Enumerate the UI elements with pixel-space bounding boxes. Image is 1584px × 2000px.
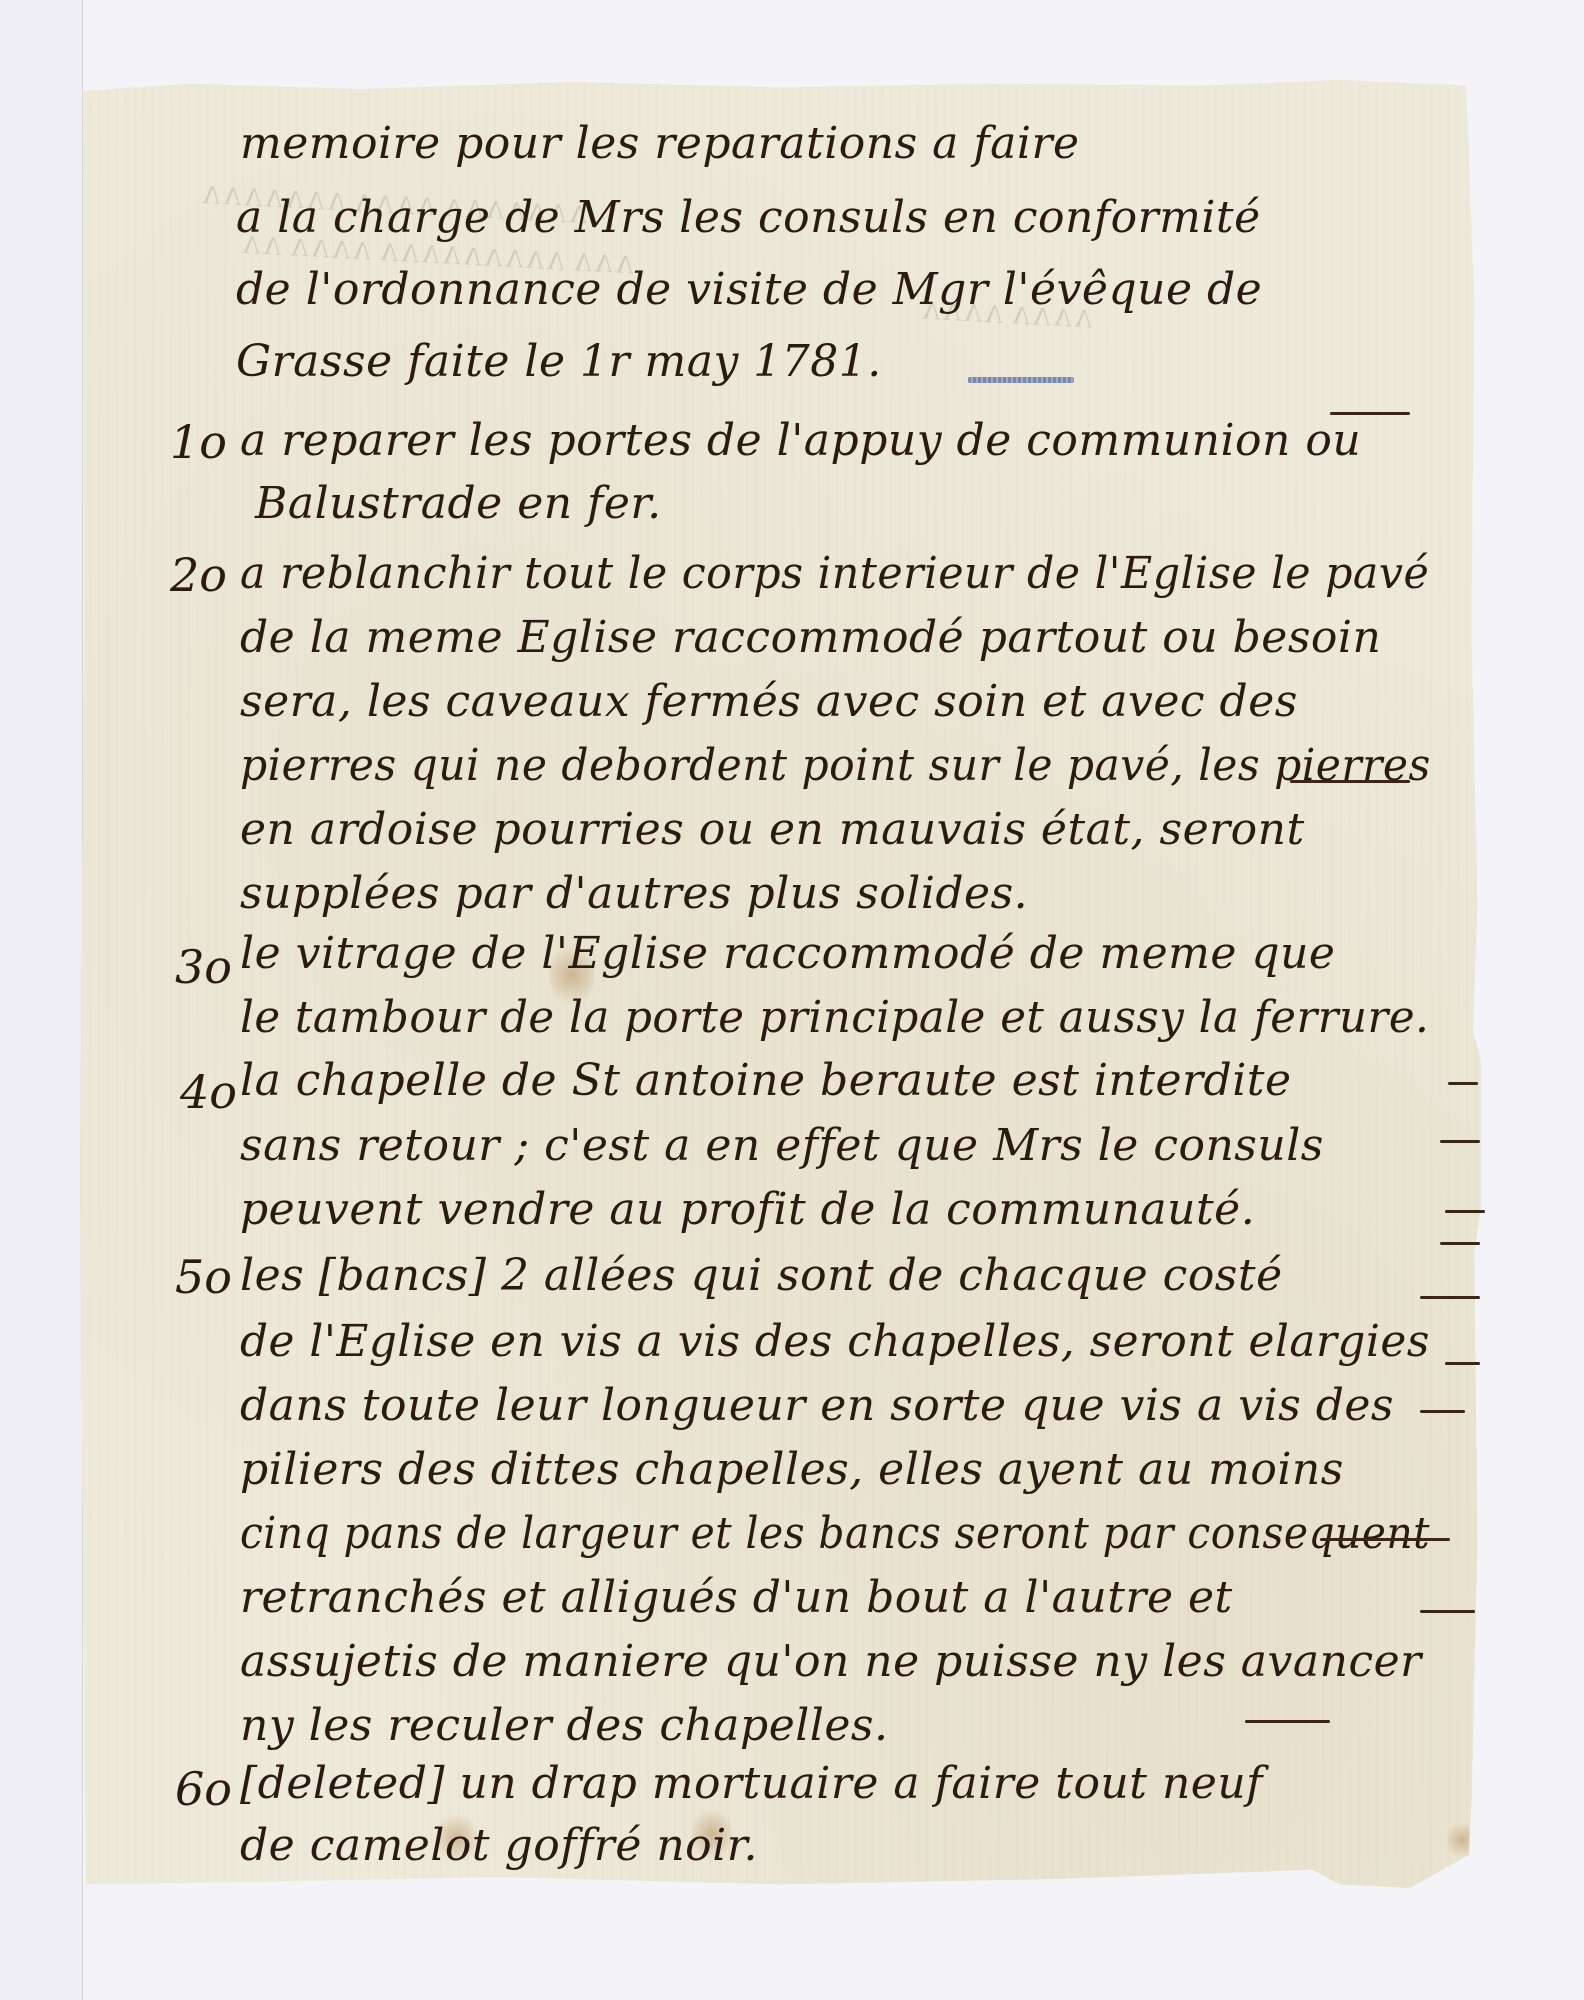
item-3-line-2: le tambour de la porte principale et aus… — [240, 992, 1429, 1043]
title-line-1: memoire pour les reparations a faire — [240, 118, 1080, 169]
line-filler-dash — [1448, 1082, 1478, 1085]
item-number-6: 6o — [175, 1762, 232, 1816]
item-number-4: 4o — [180, 1065, 237, 1119]
line-filler-dash — [1320, 1538, 1450, 1541]
item-2-line-6: supplées par d'autres plus solides. — [240, 868, 1028, 919]
line-filler-dash — [1445, 1362, 1480, 1365]
item-6-line-2: de camelot goffré noir. — [240, 1820, 758, 1871]
item-6-line-1: [deleted] un drap mortuaire a faire tout… — [240, 1758, 1263, 1809]
item-2-line-2: de la meme Eglise raccommodé partout ou … — [240, 612, 1381, 663]
item-2-line-3: sera, les caveaux fermés avec soin et av… — [240, 676, 1298, 727]
item-5-line-1: les [bancs] 2 allées qui sont de chacque… — [240, 1250, 1283, 1301]
mount-board-left — [0, 0, 83, 2000]
item-5-line-2: de l'Eglise en vis a vis des chapelles, … — [240, 1316, 1430, 1367]
title-line-3: de l'ordonnance de visite de Mgr l'évêqu… — [236, 264, 1262, 315]
line-filler-dash — [1420, 1410, 1465, 1413]
item-1-line-2: Balustrade en fer. — [255, 478, 662, 529]
item-number-1: 1o — [170, 415, 227, 469]
line-filler-dash — [1420, 1610, 1475, 1613]
item-2-line-4: pierres qui ne debordent point sur le pa… — [240, 740, 1431, 791]
item-5-line-6: retranchés et alligués d'un bout a l'aut… — [240, 1572, 1233, 1623]
item-5-line-4: piliers des dittes chapelles, elles ayen… — [240, 1444, 1344, 1495]
item-number-5: 5o — [175, 1250, 232, 1304]
item-4-line-2: sans retour ; c'est a en effet que Mrs l… — [240, 1120, 1324, 1171]
line-filler-dash — [1290, 780, 1410, 783]
item-2-line-5: en ardoise pourries ou en mauvais état, … — [240, 804, 1305, 855]
item-number-2: 2o — [170, 548, 227, 602]
line-filler-dash — [1440, 1140, 1480, 1143]
item-number-3: 3o — [175, 940, 232, 994]
title-line-2: a la charge de Mrs les consuls en confor… — [236, 192, 1261, 243]
line-filler-dash — [1245, 1720, 1330, 1723]
line-filler-dash — [1420, 1296, 1480, 1299]
line-filler-dash — [1440, 1242, 1480, 1245]
item-5-line-8: ny les reculer des chapelles. — [240, 1700, 888, 1751]
item-2-line-1: a reblanchir tout le corps interieur de … — [240, 548, 1429, 599]
item-5-line-5: cinq pans de largeur et les bancs seront… — [240, 1508, 1430, 1559]
item-1-line-1: a reparer les portes de l'appuy de commu… — [240, 415, 1361, 466]
line-filler-dash — [1330, 412, 1410, 415]
item-5-line-3: dans toute leur longueur en sorte que vi… — [240, 1380, 1394, 1431]
line-filler-dash — [1445, 1210, 1485, 1213]
item-4-line-1: la chapelle de St antoine beraute est in… — [240, 1055, 1291, 1106]
item-5-line-7: assujetis de maniere qu'on ne puisse ny … — [240, 1636, 1422, 1687]
item-4-line-3: peuvent vendre au profit de la communaut… — [240, 1184, 1255, 1235]
blue-pencil-mark — [968, 377, 1074, 383]
title-line-4: Grasse faite le 1r may 1781. — [236, 336, 882, 387]
item-3-line-1: le vitrage de l'Eglise raccommodé de mem… — [240, 928, 1335, 979]
